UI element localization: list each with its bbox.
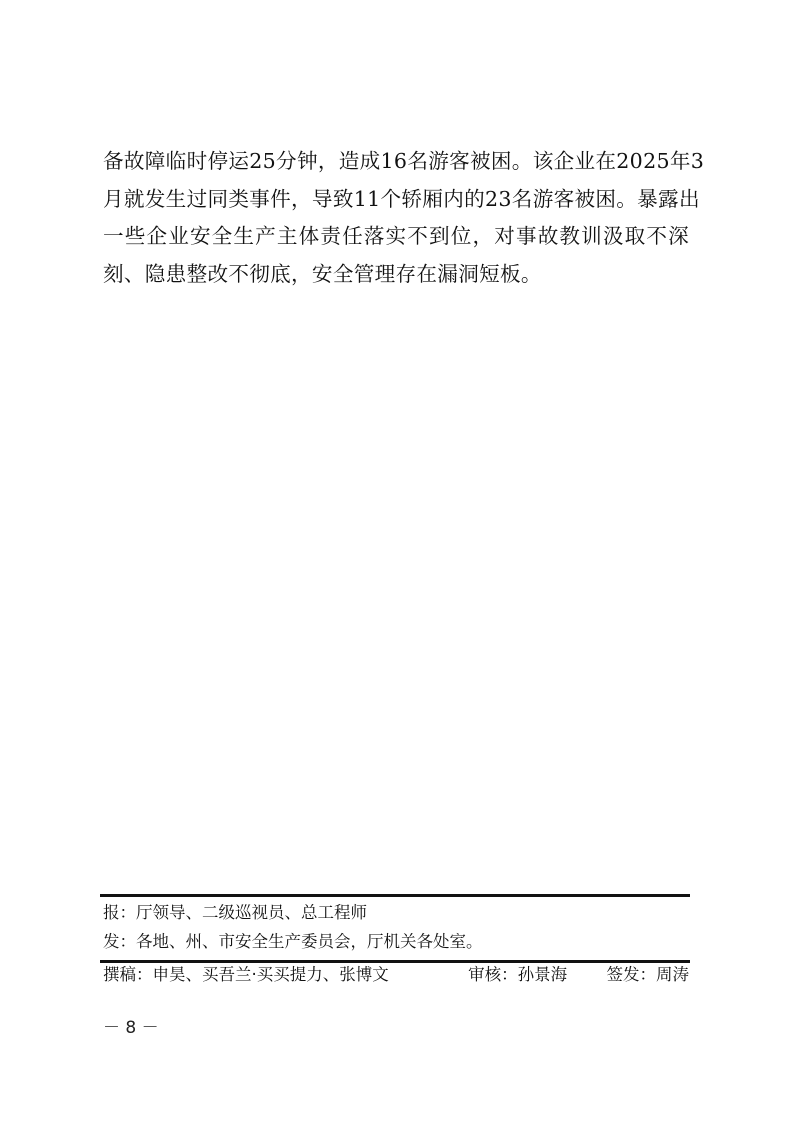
- drafters-group: 撰稿：申昊、买吾兰·买买提力、张博文: [103, 964, 389, 986]
- reviewer-value: 孙景海: [518, 965, 568, 984]
- distribute-to-label: 发：: [103, 932, 136, 951]
- body-paragraph: 备故障临时停运25分钟，造成16名游客被困。该企业在2025年3 月就发生过同类…: [103, 143, 689, 293]
- report-to-label: 报：: [103, 903, 136, 922]
- signer-group: 签发：周涛: [607, 964, 690, 986]
- signer-value: 周涛: [656, 965, 689, 984]
- reviewer-group: 审核：孙景海: [468, 964, 567, 986]
- body-line-4: 刻、隐患整改不彻底，安全管理存在漏洞短板。: [103, 256, 689, 294]
- drafters-value: 申昊、买吾兰·买买提力、张博文: [153, 965, 389, 984]
- drafters-label: 撰稿：: [103, 965, 153, 984]
- body-line-3: 一些企业安全生产主体责任落实不到位，对事故教训汲取不深: [103, 218, 689, 256]
- signer-label: 签发：: [607, 965, 657, 984]
- report-to-row: 报：厅领导、二级巡视员、总工程师: [103, 902, 367, 924]
- footer-top-rule: [100, 894, 690, 897]
- distribute-to-row: 发：各地、州、市安全生产委员会，厅机关各处室。: [103, 931, 483, 953]
- credits-row: 撰稿：申昊、买吾兰·买买提力、张博文 审核：孙景海 签发：周涛: [103, 964, 689, 986]
- page-number: － 8 －: [103, 1013, 159, 1038]
- report-to-value: 厅领导、二级巡视员、总工程师: [136, 903, 367, 922]
- body-line-2: 月就发生过同类事件，导致11个轿厢内的23名游客被困。暴露出: [103, 181, 689, 219]
- reviewer-label: 审核：: [468, 965, 518, 984]
- body-line-1: 备故障临时停运25分钟，造成16名游客被困。该企业在2025年3: [103, 143, 689, 181]
- distribute-to-value: 各地、州、市安全生产委员会，厅机关各处室。: [136, 932, 483, 951]
- footer-middle-rule: [100, 960, 690, 963]
